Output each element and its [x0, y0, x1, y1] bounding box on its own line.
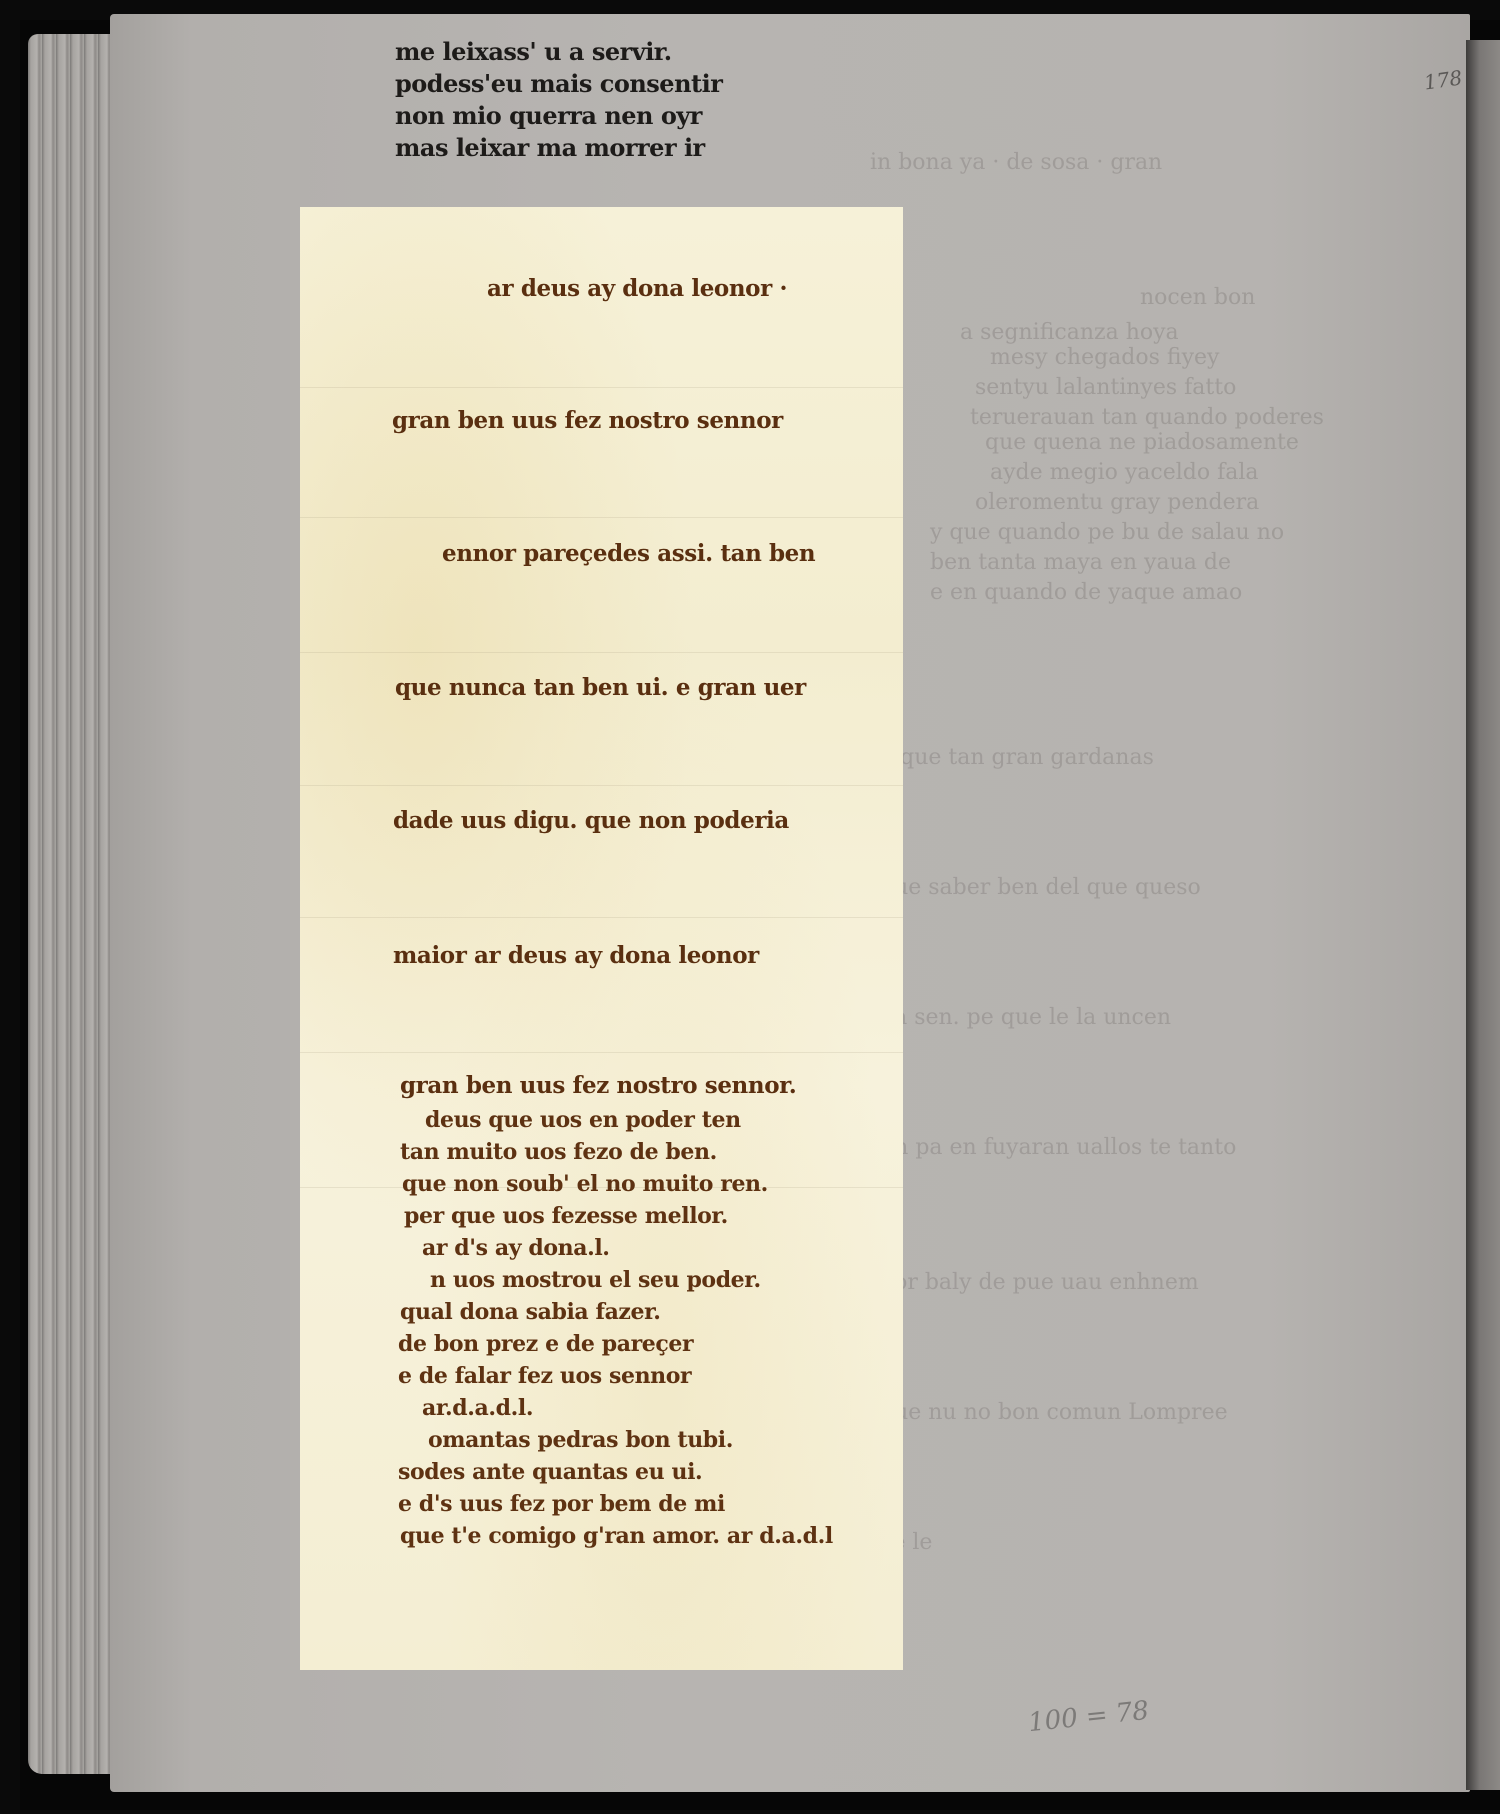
bleed-through-text: nocen bon — [1140, 285, 1255, 310]
refrain-line: dade uus digu. que non poderia — [393, 807, 789, 834]
bleed-through-text: teruerauan tan quando poderes — [970, 405, 1324, 430]
bleed-through-text: in bona ya · de sosa · gran — [870, 150, 1162, 175]
verse-line: mas leixar ma morrer ir — [395, 132, 722, 164]
stanza-line: sodes ante quantas eu ui. — [398, 1459, 702, 1485]
stanza-line: ar.d.a.d.l. — [422, 1395, 533, 1421]
bleed-through-text: que quena ne piadosamente — [985, 430, 1299, 455]
top-verse-block: me leixass' u a servir. podess'eu mais c… — [395, 36, 722, 164]
bleed-through-text: por baly de pue uau enhnem — [880, 1270, 1199, 1295]
stanza-line: tan muito uos fezo de ben. — [400, 1139, 717, 1165]
refrain-line: gran ben uus fez nostro sennor. — [400, 1072, 796, 1099]
stanza-line: qual dona sabia fazer. — [400, 1299, 661, 1325]
bleed-through-text: que nu no bon comun Lompree — [880, 1400, 1228, 1425]
verse-line: non mio querra nen oyr — [395, 100, 722, 132]
verse-line: podess'eu mais consentir — [395, 68, 722, 100]
highlighted-text-panel: ar deus ay dona leonor · gran ben uus fe… — [300, 207, 903, 1670]
stanza-line: n uos mostrou el seu poder. — [430, 1267, 761, 1293]
refrain-line: gran ben uus fez nostro sennor — [392, 407, 783, 434]
bleed-through-text: pa sen. pe que le la uncen — [880, 1005, 1171, 1030]
stanza-line: de bon prez e de pareçer — [398, 1331, 693, 1357]
bleed-through-text: mesy chegados fiyey — [990, 345, 1219, 370]
bleed-through-text: ben tanta maya en yaua de — [930, 550, 1231, 575]
book-gutter — [1466, 40, 1500, 1790]
verse-line: me leixass' u a servir. — [395, 36, 722, 68]
bleed-through-text: y que quando pe bu de salau no — [930, 520, 1284, 545]
bleed-through-text: sentyu lalantinyes fatto — [975, 375, 1236, 400]
stanza-line: deus que uos en poder ten — [425, 1107, 741, 1133]
stanza-line: e de falar fez uos sennor — [398, 1363, 691, 1389]
stanza-line: ar d's ay dona.l. — [422, 1235, 610, 1261]
refrain-line: maior ar deus ay dona leonor — [393, 942, 759, 969]
refrain-line: ar deus ay dona leonor · — [487, 275, 787, 302]
stanza-line: omantas pedras bon tubi. — [428, 1427, 733, 1453]
refrain-line: ennor pareçedes assi. tan ben — [442, 540, 815, 567]
stanza-line: per que uos fezesse mellor. — [404, 1203, 728, 1229]
refrain-line: que nunca tan ben ui. e gran uer — [395, 674, 806, 701]
bleed-through-text: a segnificanza hoya — [960, 320, 1179, 345]
bleed-through-text: un pa en fuyaran uallos te tanto — [880, 1135, 1236, 1160]
bleed-through-text: a que tan gran gardanas — [880, 745, 1154, 770]
stanza-line: e d's uus fez por bem de mi — [398, 1491, 725, 1517]
bleed-through-text: e en quando de yaque amao — [930, 580, 1242, 605]
bleed-through-text: oleromentu gray pendera — [975, 490, 1259, 515]
stanza-line: que t'e comigo g'ran amor. ar d.a.d.l — [400, 1523, 833, 1549]
stanza-line: que non soub' el no muito ren. — [402, 1171, 768, 1197]
bleed-through-text: ayde megio yaceldo fala — [990, 460, 1259, 485]
bleed-through-text: que saber ben del que queso — [880, 875, 1201, 900]
